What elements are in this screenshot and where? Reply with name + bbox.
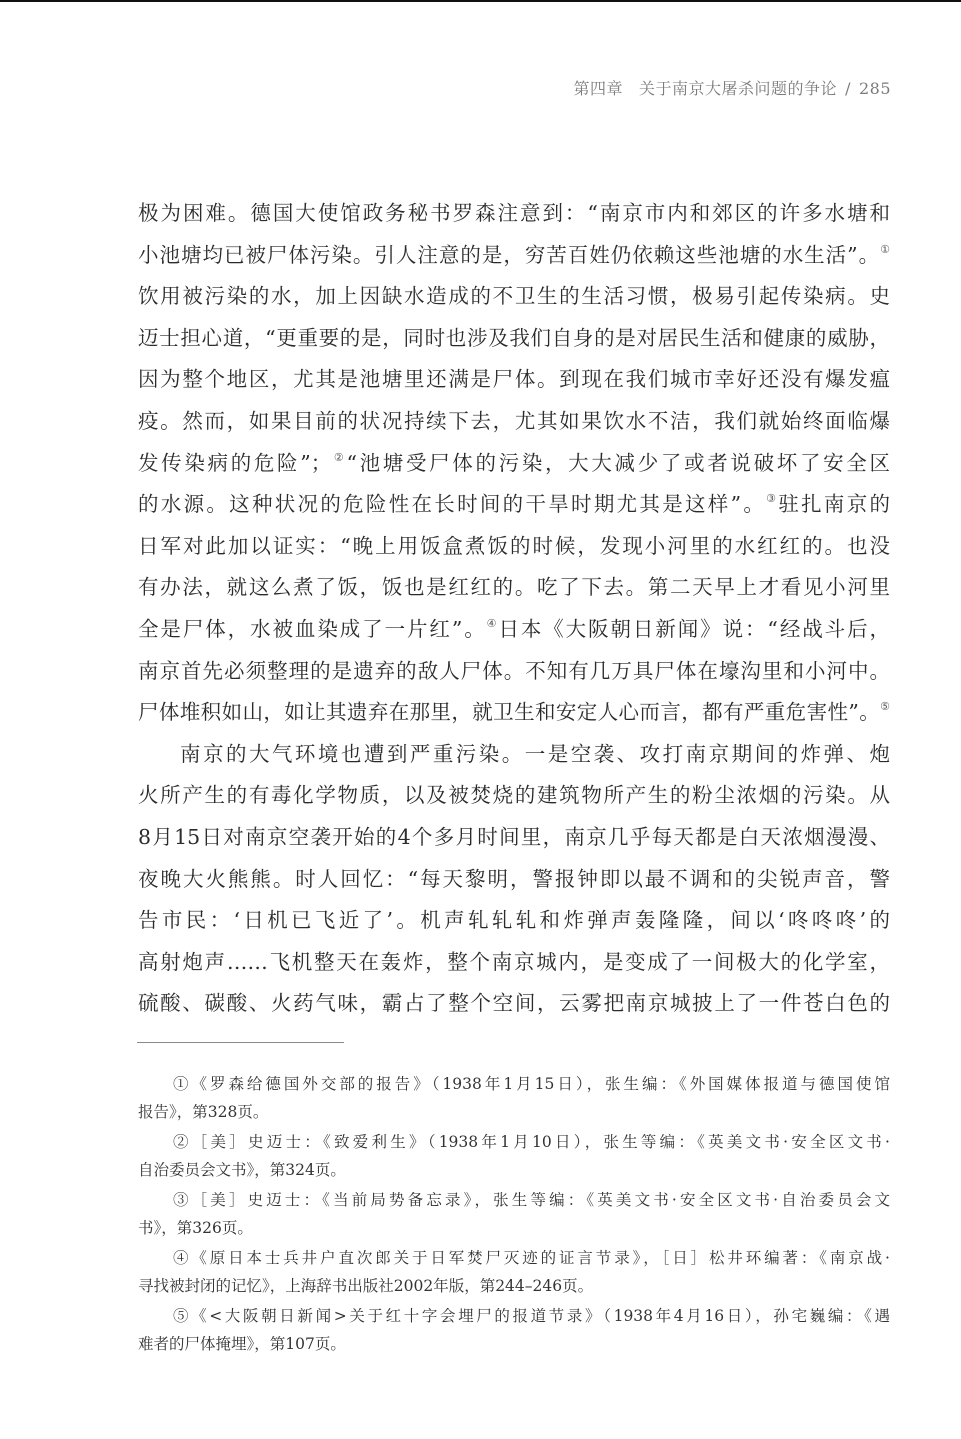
chapter-label: 第四章 [574,79,624,98]
footnote-marker: ② [173,1133,192,1151]
body-text: 极为困难。德国大使馆政务秘书罗森注意到：“南京市内和郊区的许多水塘和 小池塘均已… [138,193,890,1025]
footnote-5: ⑤《<大阪朝日新闻>关于红十字会埋尸的报道节录》（1938年4月16日），孙宅巍… [138,1302,890,1358]
body-line: 尸体堆积如山，如让其遗弃在那里，就卫生和安定人心而言，都有严重危害性”。⑤ [138,692,890,734]
chapter-title: 关于南京大屠杀问题的争论 [639,79,837,98]
body-line: 告市民：‘日机已飞近了’。机声轧轧轧和炸弹声轰隆隆，间以‘咚咚咚’的 [138,900,890,942]
body-line: 南京首先必须整理的是遗弃的敌人尸体。不知有几万具尸体在壕沟里和小河中。 [138,651,890,693]
footnote-separator-rule [137,1042,344,1043]
running-head-separator: / [845,79,851,98]
body-line: 极为困难。德国大使馆政务秘书罗森注意到：“南京市内和郊区的许多水塘和 [138,193,890,235]
footnote-marker: ④ [173,1249,191,1267]
body-line: 疫。然而，如果目前的状况持续下去，尤其如果饮水不洁，我们就始终面临爆 [138,401,890,443]
footnote-marker: ① [173,1075,191,1093]
footnote-4: ④《原日本士兵井户直次郎关于日军焚尸灭迹的证言节录》，［日］松井环编著：《南京战… [138,1244,890,1300]
footnote-1: ①《罗森给德国外交部的报告》（1938年1月15日），张生编：《外国媒体报道与德… [138,1070,890,1126]
footnote-3: ③［美］史迈士：《当前局势备忘录》，张生等编：《英美文书·安全区文书·自治委员会… [138,1186,890,1242]
footnote-marker: ⑤ [173,1307,191,1325]
body-line: 因为整个地区，尤其是池塘里还满是尸体。到现在我们城市幸好还没有爆发瘟 [138,359,890,401]
footnote-ref-1[interactable]: ① [880,243,890,256]
footnote-ref-3[interactable]: ③ [766,492,778,505]
body-line: 8月15日对南京空袭开始的4个多月时间里，南京几乎每天都是白天浓烟漫漫、 [138,817,890,859]
body-line: 饮用被污染的水，加上因缺水造成的不卫生的生活习惯，极易引起传染病。史 [138,276,890,318]
body-line: 火所产生的有毒化学物质，以及被焚烧的建筑物所产生的粉尘浓烟的污染。从 [138,775,890,817]
page-top-border [0,0,961,2]
footnote-marker: ③ [173,1191,192,1209]
body-line: 有办法，就这么煮了饭，饭也是红红的。吃了下去。第二天早上才看见小河里 [138,567,890,609]
body-line: 高射炮声……飞机整天在轰炸，整个南京城内，是变成了一间极大的化学室， [138,942,890,984]
body-line: 小池塘均已被尸体污染。引人注意的是，穷苦百姓仍依赖这些池塘的水生活”。① [138,235,890,277]
body-line: 发传染病的危险”；②“池塘受尸体的污染，大大减少了或者说破坏了安全区 [138,443,890,485]
body-line: 夜晚大火熊熊。时人回忆：“每天黎明，警报钟即以最不调和的尖锐声音，警 [138,859,890,901]
body-line: 的水源。这种状况的危险性在长时间的干旱时期尤其是这样”。③驻扎南京的 [138,484,890,526]
footnote-ref-2[interactable]: ② [331,451,346,464]
body-line: 迈士担心道，“更重要的是，同时也涉及我们自身的是对居民生活和健康的威胁， [138,318,890,360]
paragraph-start-line: 南京的大气环境也遭到严重污染。一是空袭、攻打南京期间的炸弹、炮 [138,734,890,776]
body-line: 硫酸、碳酸、火药气味，霸占了整个空间，云雾把南京城披上了一件苍白色的 [138,983,890,1025]
footnote-2: ②［美］史迈士：《致爱利生》（1938年1月10日），张生等编：《英美文书·安全… [138,1128,890,1184]
body-line: 日军对此加以证实：“晚上用饭盒煮饭的时候，发现小河里的水红红的。也没 [138,526,890,568]
body-line: 全是尸体，水被血染成了一片红”。④日本《大阪朝日新闻》说：“经战斗后， [138,609,890,651]
footnote-ref-4[interactable]: ④ [487,617,499,630]
running-head: 第四章关于南京大屠杀问题的争论/285 [574,76,891,99]
page-number: 285 [859,79,891,98]
footnote-ref-5[interactable]: ⑤ [880,700,890,713]
footnotes: ①《罗森给德国外交部的报告》（1938年1月15日），张生编：《外国媒体报道与德… [138,1070,890,1360]
